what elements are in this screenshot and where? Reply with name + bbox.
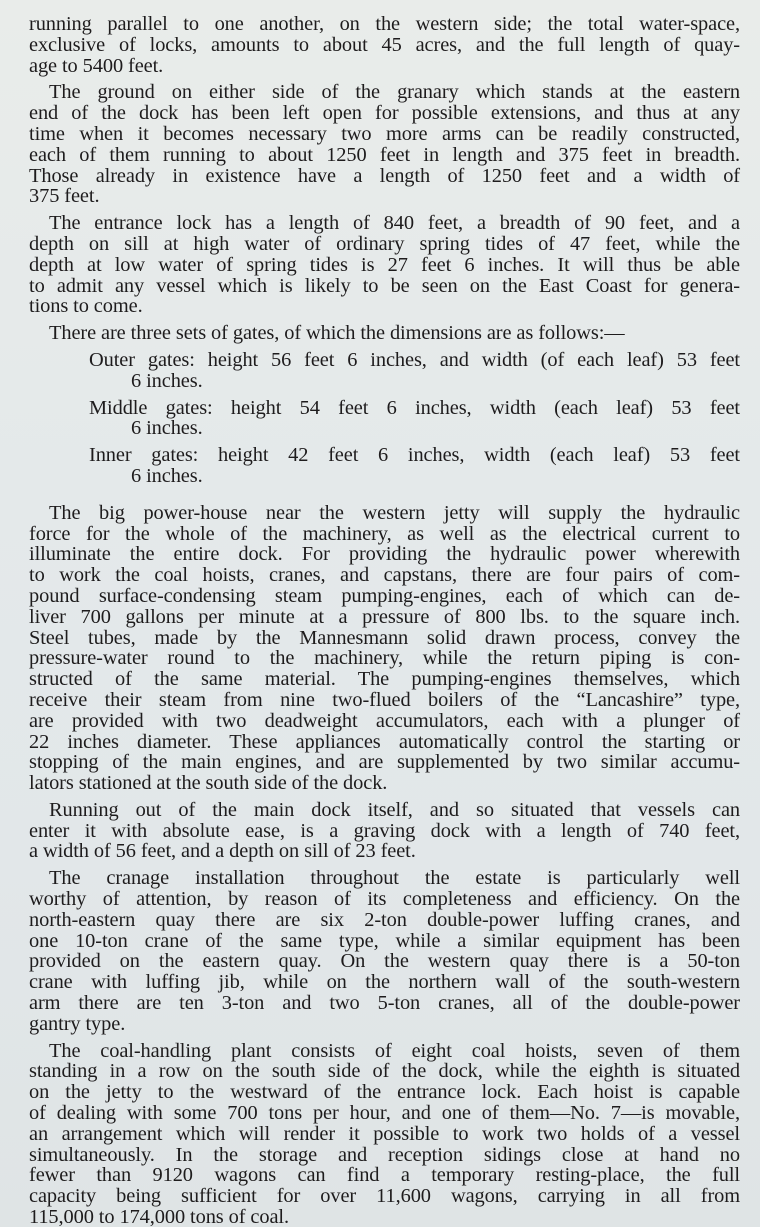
gate-item-outer: Outer gates: height 56 feet 6 inches, an…: [29, 350, 740, 392]
paragraph-coal-handling: The coal-handling plant consists of eigh…: [29, 1041, 740, 1227]
gates-list: Outer gates: height 56 feet 6 inches, an…: [29, 350, 740, 487]
paragraph-water-space: running parallel to one another, on the …: [29, 14, 740, 76]
text-line: liver 700 gallons per minute at a pressu…: [29, 607, 740, 628]
gate-item-middle: Middle gates: height 54 feet 6 inches, w…: [29, 398, 740, 440]
text-line: receive their steam from nine two-flued …: [29, 690, 740, 711]
paragraph-power-house: The big power-house near the western jet…: [29, 503, 740, 794]
text-line: provided on the eastern quay. On the wes…: [29, 951, 740, 972]
text-line: tions to come.: [29, 296, 740, 317]
text-line: The cranage installation throughout the …: [29, 868, 740, 889]
text-line: The ground on either side of the granary…: [29, 82, 740, 103]
text-line: Steel tubes, made by the Mannesmann soli…: [29, 628, 740, 649]
text-line: worthy of attention, by reason of its co…: [29, 889, 740, 910]
text-line: The big power-house near the western jet…: [29, 503, 740, 524]
text-line: 22 inches diameter. These appliances aut…: [29, 732, 740, 753]
text-line: arm there are ten 3-ton and two 5-ton cr…: [29, 993, 740, 1014]
text-line: Middle gates: height 54 feet 6 inches, w…: [29, 398, 740, 419]
text-line: gantry type.: [29, 1014, 740, 1035]
text-line: exclusive of locks, amounts to about 45 …: [29, 35, 740, 56]
text-line: Running out of the main dock itself, and…: [29, 800, 740, 821]
text-line: standing in a row on the south side of t…: [29, 1061, 740, 1082]
text-line: one 10-ton crane of the same type, while…: [29, 931, 740, 952]
text-line: illuminate the entire dock. For providin…: [29, 544, 740, 565]
gate-item-inner: Inner gates: height 42 feet 6 inches, wi…: [29, 445, 740, 487]
text-line: The coal-handling plant consists of eigh…: [29, 1041, 740, 1062]
text-line: an arrangement which will render it poss…: [29, 1124, 740, 1145]
text-line: The entrance lock has a length of 840 fe…: [29, 213, 740, 234]
text-line: north-eastern quay there are six 2-ton d…: [29, 910, 740, 931]
text-line: force for the whole of the machinery, as…: [29, 524, 740, 545]
text-line: on the jetty to the westward of the entr…: [29, 1082, 740, 1103]
text-line: to admit any vessel which is likely to b…: [29, 276, 740, 297]
text-line: depth at low water of spring tides is 27…: [29, 255, 740, 276]
text-line: 6 inches.: [29, 371, 740, 392]
text-line: 6 inches.: [29, 418, 740, 439]
text-line: enter it with absolute ease, is a gravin…: [29, 821, 740, 842]
text-line: fewer than 9120 wagons can find a tempor…: [29, 1165, 740, 1186]
text-line: time when it becomes necessary two more …: [29, 124, 740, 145]
text-line: end of the dock has been left open for p…: [29, 103, 740, 124]
text-line: are provided with two deadweight accumul…: [29, 711, 740, 732]
text-line: stopping of the main engines, and are su…: [29, 752, 740, 773]
document-page: running parallel to one another, on the …: [0, 0, 760, 1227]
text-line: pound surface-condensing steam pumping-e…: [29, 586, 740, 607]
text-line: Outer gates: height 56 feet 6 inches, an…: [29, 350, 740, 371]
text-line: a width of 56 feet, and a depth on sill …: [29, 841, 740, 862]
text-line: running parallel to one another, on the …: [29, 14, 740, 35]
paragraph-entrance-lock: The entrance lock has a length of 840 fe…: [29, 213, 740, 317]
paragraph-cranage: The cranage installation throughout the …: [29, 868, 740, 1034]
text-line: pressure-water round to the machinery, w…: [29, 648, 740, 669]
text-line: structed of the same material. The pumpi…: [29, 669, 740, 690]
text-line: 375 feet.: [29, 186, 740, 207]
text-line: capacity being sufficient for over 11,60…: [29, 1186, 740, 1207]
paragraph-gates-intro: There are three sets of gates, of which …: [29, 323, 740, 344]
text-line: crane with luffing jib, while on the nor…: [29, 972, 740, 993]
text-line: depth on sill at high water of ordinary …: [29, 234, 740, 255]
paragraph-granary: The ground on either side of the granary…: [29, 82, 740, 207]
text-line: age to 5400 feet.: [29, 56, 740, 77]
paragraph-graving-dock: Running out of the main dock itself, and…: [29, 800, 740, 862]
text-line: simultaneously. In the storage and recep…: [29, 1145, 740, 1166]
text-line: There are three sets of gates, of which …: [29, 323, 740, 344]
text-line: each of them running to about 1250 feet …: [29, 145, 740, 166]
text-line: of dealing with some 700 tons per hour, …: [29, 1103, 740, 1124]
text-line: 115,000 to 174,000 tons of coal.: [29, 1207, 740, 1227]
text-line: lators stationed at the south side of th…: [29, 773, 740, 794]
text-line: 6 inches.: [29, 466, 740, 487]
text-line: to work the coal hoists, cranes, and cap…: [29, 565, 740, 586]
text-line: Those already in existence have a length…: [29, 166, 740, 187]
text-line: Inner gates: height 42 feet 6 inches, wi…: [29, 445, 740, 466]
